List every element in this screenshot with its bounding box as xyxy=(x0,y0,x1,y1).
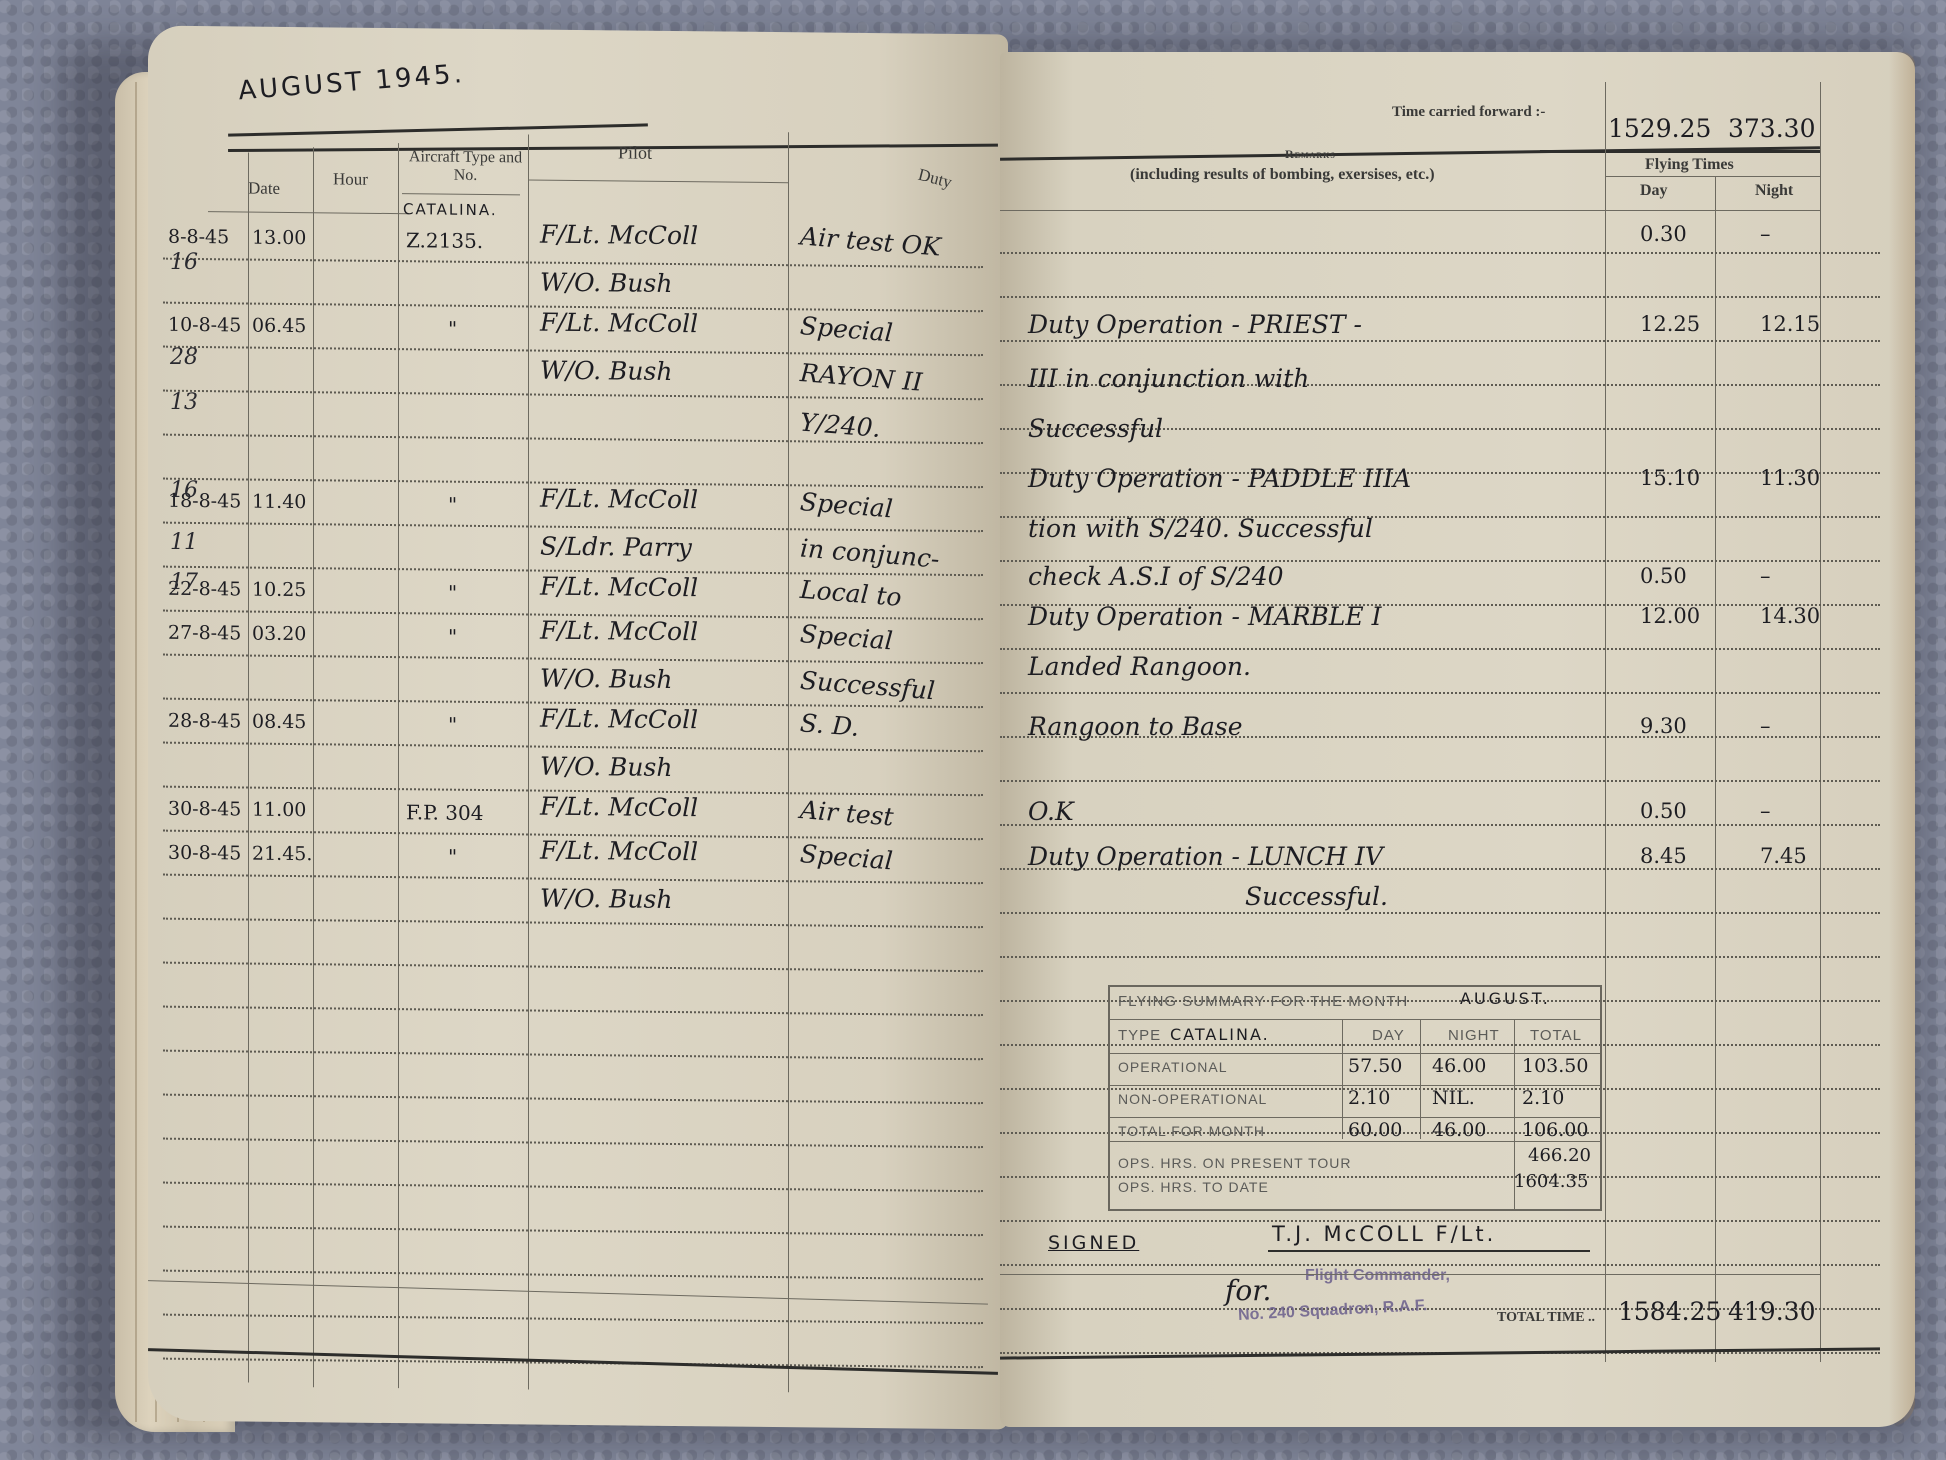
remark-line: check A.S.I of S/240 xyxy=(1028,562,1284,591)
summary-row-total: 106.00 xyxy=(1522,1119,1588,1141)
summary-row-day: 57.50 xyxy=(1348,1055,1402,1077)
summary-row-night: NIL. xyxy=(1432,1087,1475,1109)
flying-times-header: Flying Times xyxy=(1645,156,1734,174)
ruled-line-right xyxy=(1000,340,1880,342)
summary-rule xyxy=(1110,1019,1600,1020)
margin-number: 16 xyxy=(170,250,198,275)
entry-duty: Successful xyxy=(799,666,936,706)
col-line-hour xyxy=(313,147,314,1387)
ops-present-tour-value: 466.20 xyxy=(1528,1145,1591,1166)
summary-row-night: 46.00 xyxy=(1432,1119,1486,1141)
entry-pilot: W/O. Bush xyxy=(540,752,672,782)
remark-line: III in conjunction with xyxy=(1028,364,1309,393)
entry-duty: Air test OK xyxy=(799,221,941,261)
flying-time-day: 12.00 xyxy=(1640,604,1700,628)
entry-duty: Y/240. xyxy=(799,408,881,443)
ruled-line-left xyxy=(163,918,983,929)
entry-duty: Special xyxy=(799,311,894,347)
entry-duty: Air test xyxy=(799,795,894,831)
total-time-rule xyxy=(1000,1274,1820,1275)
night-header: Night xyxy=(1755,182,1793,200)
remark-line: Rangoon to Base xyxy=(1028,712,1243,741)
heading-underline xyxy=(228,123,648,136)
ops-present-tour-label: OPS. HRS. ON PRESENT TOUR xyxy=(1118,1155,1352,1171)
ruled-line-left xyxy=(163,346,983,357)
ruled-line-left xyxy=(163,1226,983,1237)
entry-aircraft: " xyxy=(448,713,457,737)
entry-hour: 06.45 xyxy=(252,315,306,338)
margin-number: 17 xyxy=(170,570,198,595)
entry-pilot: F/Lt. McColl xyxy=(540,836,698,867)
flying-time-day: 12.25 xyxy=(1640,312,1700,336)
left-page: AUGUST 1945. Date Hour Aircraft Type and… xyxy=(148,25,1008,1429)
remark-line: tion with S/240. Successful xyxy=(1028,514,1373,543)
flying-time-night: – xyxy=(1760,564,1771,588)
entry-date: 8-8-45 xyxy=(168,226,229,249)
col-line-night xyxy=(1715,177,1716,1362)
flying-time-day: 15.10 xyxy=(1640,466,1700,490)
aircraft-type: CATALINA. xyxy=(403,200,498,219)
header-top-rule xyxy=(228,144,998,152)
entry-duty: Special xyxy=(799,487,894,523)
summary-row-day: 2.10 xyxy=(1348,1087,1390,1109)
ruled-line-left xyxy=(163,1138,983,1149)
summary-row-day: 60.00 xyxy=(1348,1119,1402,1141)
ruled-line-right xyxy=(1000,252,1880,254)
entry-pilot: W/O. Bush xyxy=(540,356,672,386)
entry-hour: 11.40 xyxy=(252,491,306,514)
summary-col-night: NIGHT xyxy=(1448,1027,1500,1044)
ruled-line-left xyxy=(163,258,983,269)
flying-time-day: 0.50 xyxy=(1640,564,1687,588)
entry-pilot: F/Lt. McColl xyxy=(540,572,698,603)
aircraft-header-rule xyxy=(402,193,520,195)
entry-hour: 11.00 xyxy=(252,799,306,822)
entry-pilot: S/Ldr. Parry xyxy=(540,532,692,563)
remark-line: O.K xyxy=(1028,797,1074,826)
ops-to-date-value: 1604.35 xyxy=(1514,1171,1588,1192)
flying-time-night: – xyxy=(1760,714,1771,738)
flying-time-night: – xyxy=(1760,799,1771,823)
summary-rule-5 xyxy=(1110,1141,1600,1142)
signed-label: SIGNED xyxy=(1048,1232,1139,1254)
remark-line: Landed Rangoon. xyxy=(1028,652,1251,681)
summary-type-label: TYPE xyxy=(1118,1027,1161,1044)
signature-underline xyxy=(1268,1250,1590,1252)
ruled-line-left xyxy=(163,1006,983,1017)
remark-line: Successful. xyxy=(1245,882,1388,911)
summary-rule-2 xyxy=(1110,1053,1600,1054)
ruled-line-right xyxy=(1000,648,1880,650)
col-line-pilot xyxy=(528,134,529,1389)
day-header: Day xyxy=(1640,182,1668,200)
entry-date: 10-8-45 xyxy=(168,314,241,337)
remark-line: Successful xyxy=(1028,414,1163,443)
entry-hour: 03.20 xyxy=(252,623,306,646)
flying-time-day: 8.45 xyxy=(1640,844,1687,868)
header-aircraft: Aircraft Type and No. xyxy=(403,148,528,185)
entry-pilot: F/Lt. McColl xyxy=(540,484,698,515)
header-hour: Hour xyxy=(333,169,368,189)
flying-time-night: 12.15 xyxy=(1760,312,1820,336)
for-label: for. xyxy=(1225,1274,1271,1307)
col-line-aircraft xyxy=(398,143,399,1388)
total-time-night: 419.30 xyxy=(1728,1297,1815,1326)
col-line-day xyxy=(1605,82,1606,1362)
summary-type-value: CATALINA. xyxy=(1170,1025,1270,1044)
entry-aircraft: " xyxy=(448,625,457,649)
flying-time-day: 9.30 xyxy=(1640,714,1687,738)
ruled-line-right xyxy=(1000,956,1880,958)
col-line-right-edge xyxy=(1820,82,1821,1362)
summary-row-total: 103.50 xyxy=(1522,1055,1588,1077)
entry-duty: Special xyxy=(799,619,894,655)
entry-pilot: W/O. Bush xyxy=(540,884,672,914)
summary-month: AUGUST. xyxy=(1460,989,1551,1008)
margin-number: 11 xyxy=(170,530,198,555)
header-date: Date xyxy=(248,179,280,199)
summary-col-day: DAY xyxy=(1372,1027,1405,1044)
carried-forward-underline xyxy=(1540,150,1820,153)
flying-summary-box: FLYING SUMMARY FOR THE MONTH AUGUST. TYP… xyxy=(1108,985,1602,1211)
remark-line: Duty Operation - PRIEST - xyxy=(1028,310,1362,339)
col-line-duty xyxy=(788,132,789,1392)
entry-aircraft: " xyxy=(448,317,457,341)
ruled-line-left xyxy=(163,1314,983,1325)
ruled-line-left xyxy=(163,654,983,665)
summary-vline-2 xyxy=(1420,1019,1421,1139)
entry-hour: 10.25 xyxy=(252,579,306,602)
entry-hour: 21.45. xyxy=(252,843,312,866)
col-line-date xyxy=(248,153,249,1383)
header-pilot: Pilot xyxy=(618,142,652,163)
remarks-subtitle: (including results of bombing, exersises… xyxy=(1130,166,1435,184)
header-bottom-rule xyxy=(1000,210,1820,211)
ruled-line-left xyxy=(163,1182,983,1193)
flying-time-night: 14.30 xyxy=(1760,604,1820,628)
ops-to-date-label: OPS. HRS. TO DATE xyxy=(1118,1179,1269,1195)
summary-rule-3 xyxy=(1110,1085,1600,1086)
entry-pilot: F/Lt. McColl xyxy=(540,792,698,823)
carried-forward-night: 373.30 xyxy=(1728,114,1815,143)
flying-times-rule xyxy=(1605,176,1820,177)
entry-aircraft: " xyxy=(448,581,457,605)
entry-duty: in conjunc- xyxy=(799,534,940,574)
entry-pilot: F/Lt. McColl xyxy=(540,220,698,251)
entry-hour: 13.00 xyxy=(252,227,306,250)
stamp-flight-commander: Flight Commander, xyxy=(1305,1267,1450,1285)
ruled-line-left xyxy=(163,1050,983,1061)
entry-pilot: F/Lt. McColl xyxy=(540,616,698,647)
total-time-day: 1584.25 xyxy=(1618,1297,1721,1326)
entry-duty: RAYON II xyxy=(799,358,923,397)
ruled-line-left xyxy=(163,874,983,885)
ruled-line-left xyxy=(163,522,983,533)
entry-duty: Special xyxy=(799,839,894,875)
ruled-line-left xyxy=(163,1270,983,1281)
header-duty: Duty xyxy=(916,165,954,193)
total-time-label: TOTAL TIME .. xyxy=(1497,1310,1595,1326)
ruled-line-right xyxy=(1000,912,1880,914)
remark-line: Duty Operation - MARBLE I xyxy=(1028,602,1381,631)
ruled-line-left xyxy=(163,1094,983,1105)
summary-vline-1 xyxy=(1342,1019,1343,1139)
summary-row-label: NON-OPERATIONAL xyxy=(1118,1091,1267,1107)
ruled-line-right xyxy=(1000,1264,1880,1266)
summary-row-label: TOTAL FOR MONTH xyxy=(1118,1123,1265,1139)
right-page: Time carried forward :- 1529.25 373.30 R… xyxy=(1000,52,1915,1427)
flying-time-night: 11.30 xyxy=(1760,466,1820,490)
month-heading: AUGUST 1945. xyxy=(237,59,466,106)
entry-aircraft: F.P. 304 xyxy=(406,800,483,825)
entry-duty: Local to xyxy=(799,575,902,612)
margin-number: 28 xyxy=(170,345,198,370)
entry-pilot: F/Lt. McColl xyxy=(540,704,698,735)
entry-pilot: W/O. Bush xyxy=(540,268,672,298)
remark-line: Duty Operation - PADDLE IIIA xyxy=(1028,464,1411,493)
entry-date: 28-8-45 xyxy=(168,710,241,733)
ruled-line-left xyxy=(163,962,983,973)
summary-row-label: OPERATIONAL xyxy=(1118,1059,1228,1075)
flying-time-night: – xyxy=(1760,222,1771,246)
summary-row-total: 2.10 xyxy=(1522,1087,1564,1109)
ruled-line-right xyxy=(1000,692,1880,694)
entry-pilot: F/Lt. McColl xyxy=(540,308,698,339)
entry-hour: 08.45 xyxy=(252,711,306,734)
flying-time-day: 0.30 xyxy=(1640,222,1687,246)
ruled-line-right xyxy=(1000,824,1880,826)
footer-thick-rule xyxy=(148,1348,998,1375)
remark-line: Duty Operation - LUNCH IV xyxy=(1028,842,1383,871)
entry-aircraft: " xyxy=(448,845,457,869)
flying-time-night: 7.45 xyxy=(1760,844,1807,868)
carried-forward-label: Time carried forward :- xyxy=(1392,104,1545,121)
summary-title: FLYING SUMMARY FOR THE MONTH xyxy=(1118,993,1408,1010)
ruled-line-right xyxy=(1000,296,1880,298)
footer-rule xyxy=(148,1280,988,1304)
remarks-title: Remarks xyxy=(1285,147,1336,162)
entry-aircraft: " xyxy=(448,493,457,517)
summary-col-total: TOTAL xyxy=(1530,1027,1582,1044)
entry-date: 30-8-45 xyxy=(168,798,241,821)
flying-time-day: 0.50 xyxy=(1640,799,1687,823)
summary-rule-4 xyxy=(1110,1117,1600,1118)
ruled-line-left xyxy=(163,742,983,753)
carried-forward-day: 1529.25 xyxy=(1608,114,1711,143)
signature-name: T.J. McCOLL F/Lt. xyxy=(1272,1222,1496,1246)
entry-aircraft: Z.2135. xyxy=(406,228,483,253)
margin-number: 13 xyxy=(170,390,198,415)
summary-row-night: 46.00 xyxy=(1432,1055,1486,1077)
entry-duty: S. D. xyxy=(799,708,860,742)
margin-number: 16 xyxy=(170,478,198,503)
pilot-header-rule xyxy=(528,179,788,183)
date-header-rule xyxy=(208,211,408,214)
ruled-line-right xyxy=(1000,780,1880,782)
entry-pilot: W/O. Bush xyxy=(540,664,672,694)
entry-date: 27-8-45 xyxy=(168,622,241,645)
entry-date: 30-8-45 xyxy=(168,842,241,865)
